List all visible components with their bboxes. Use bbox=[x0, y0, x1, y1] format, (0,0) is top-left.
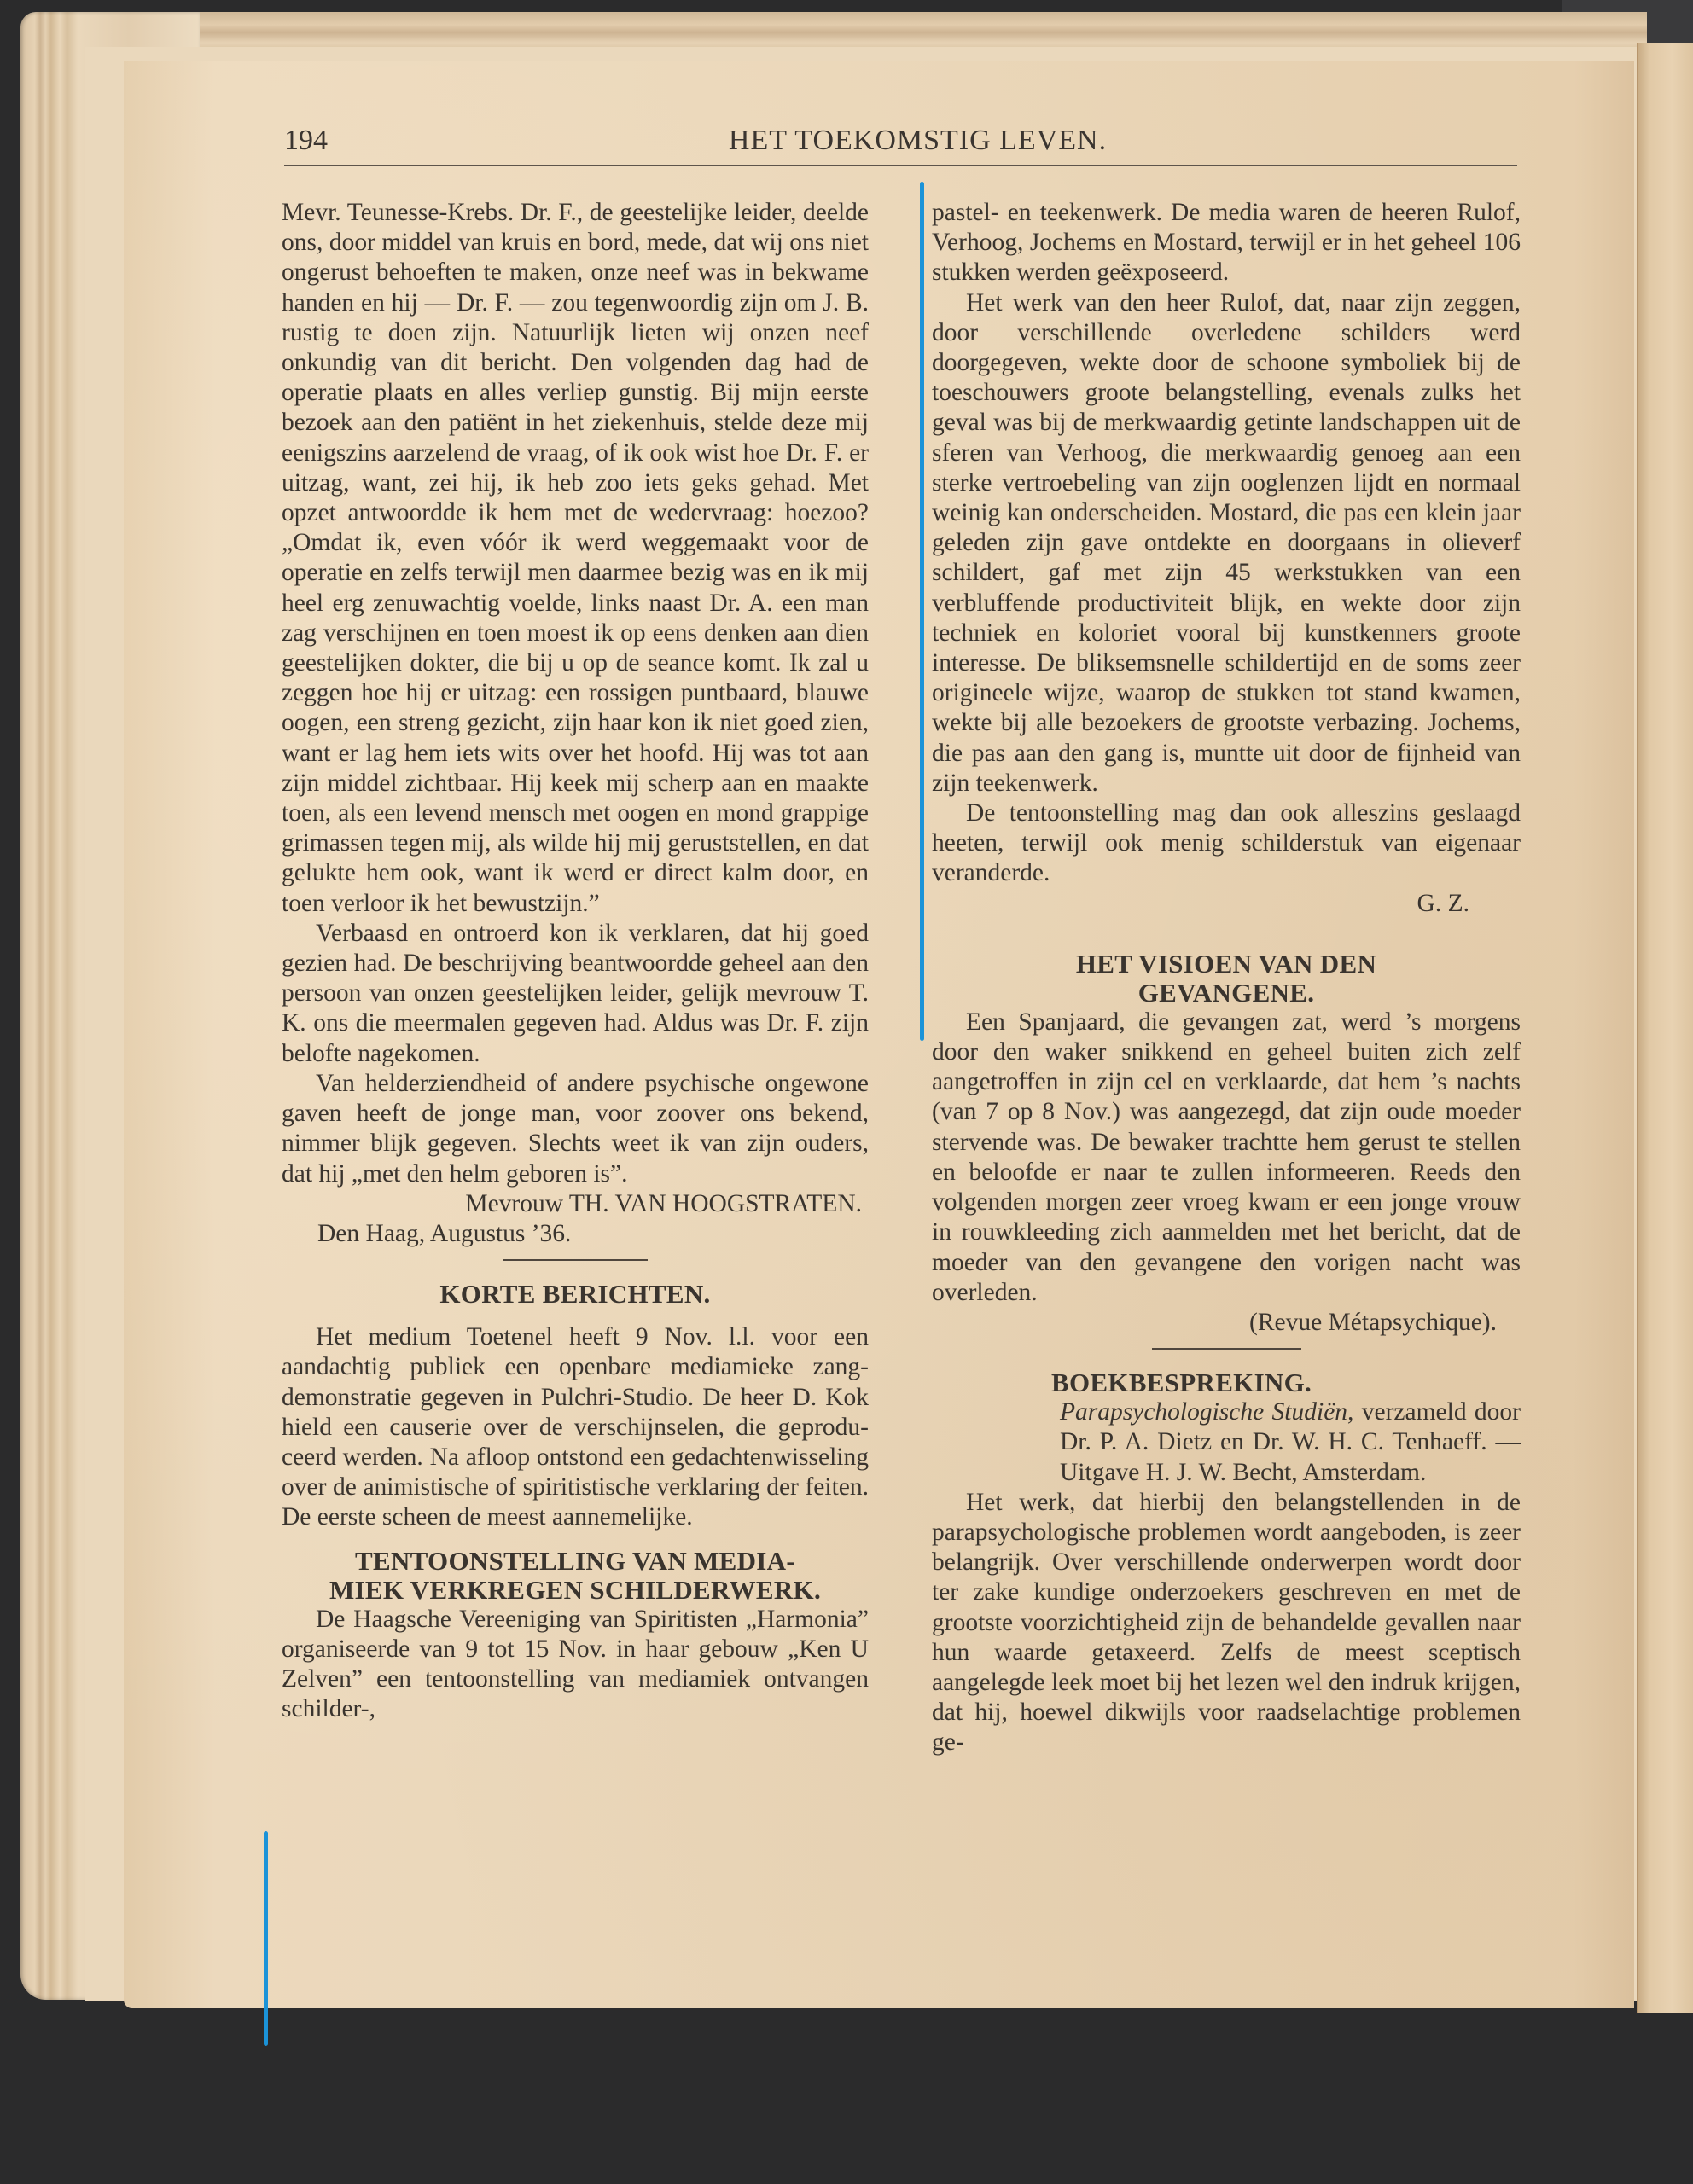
boekbespreking-paragraph: Het werk, dat hierbij den belangstellend… bbox=[932, 1488, 1521, 1758]
right-column: pastel- en teekenwerk. De media waren de… bbox=[932, 198, 1521, 1758]
article-dateline: Den Haag, Augustus ’36. bbox=[282, 1219, 869, 1249]
section-title-tentoonstelling: TENTOONSTELLING VAN MEDIA- MIEK VERKREGE… bbox=[282, 1547, 869, 1605]
article-paragraph: Van helderziendheid of andere psychische… bbox=[282, 1069, 869, 1189]
header-rule bbox=[284, 165, 1517, 166]
visioen-source: (Revue Métapsychique). bbox=[932, 1308, 1521, 1338]
running-head: 194 HET TOEKOMSTIG LEVEN. bbox=[284, 119, 1517, 160]
tentoonstelling-paragraph: De tentoonstelling mag dan ook alleszins… bbox=[932, 799, 1521, 889]
tentoonstelling-paragraph: De Haagsche Vereeniging van Spiritisten … bbox=[282, 1605, 869, 1725]
section-title-visioen: HET VISIOEN VAN DEN GEVANGENE. bbox=[932, 950, 1521, 1008]
tentoonstelling-signature: G. Z. bbox=[932, 889, 1521, 919]
korte-berichten-paragraph: Het medium Toetenel heeft 9 Nov. l.l. vo… bbox=[282, 1322, 869, 1532]
left-column: Mevr. Teunesse-Krebs. Dr. F., de geestel… bbox=[282, 198, 869, 1724]
article-signature: Mevrouw TH. VAN HOOGSTRATEN. bbox=[282, 1189, 869, 1219]
book-gutter-next-page bbox=[1637, 43, 1693, 2013]
journal-title: HET TOEKOMSTIG LEVEN. bbox=[284, 125, 1517, 157]
blue-marker-bar-right-column bbox=[920, 182, 924, 1041]
tentoonstelling-paragraph: Het werk van den heer Rulof, dat, naar z… bbox=[932, 288, 1521, 799]
book-reference: Parapsychologische Studiën, verzameld do… bbox=[932, 1397, 1521, 1488]
section-title-boekbespreking: BOEKBESPREKING. bbox=[932, 1368, 1521, 1397]
blue-marker-bar-left-column bbox=[264, 1831, 268, 2046]
title-line: TENTOONSTELLING VAN MEDIA- bbox=[355, 1546, 795, 1576]
section-title-korte-berichten: KORTE BERICHTEN. bbox=[282, 1280, 869, 1309]
section-divider bbox=[1152, 1348, 1301, 1350]
visioen-paragraph: Een Spanjaard, die gevangen zat, werd ’s… bbox=[932, 1008, 1521, 1308]
section-divider bbox=[503, 1259, 648, 1261]
article-paragraph: Verbaasd en ontroerd kon ik verklaren, d… bbox=[282, 919, 869, 1069]
title-line: GEVANGENE. bbox=[1138, 978, 1315, 1008]
title-line: HET VISIOEN VAN DEN bbox=[1076, 949, 1376, 979]
tentoonstelling-paragraph: pastel- en teekenwerk. De media waren de… bbox=[932, 198, 1521, 288]
book-title: Parapsychologische Studiën, bbox=[1060, 1398, 1353, 1426]
article-paragraph: Mevr. Teunesse-Krebs. Dr. F., de geestel… bbox=[282, 198, 869, 919]
title-line: MIEK VERKREGEN SCHILDERWERK. bbox=[329, 1575, 821, 1605]
